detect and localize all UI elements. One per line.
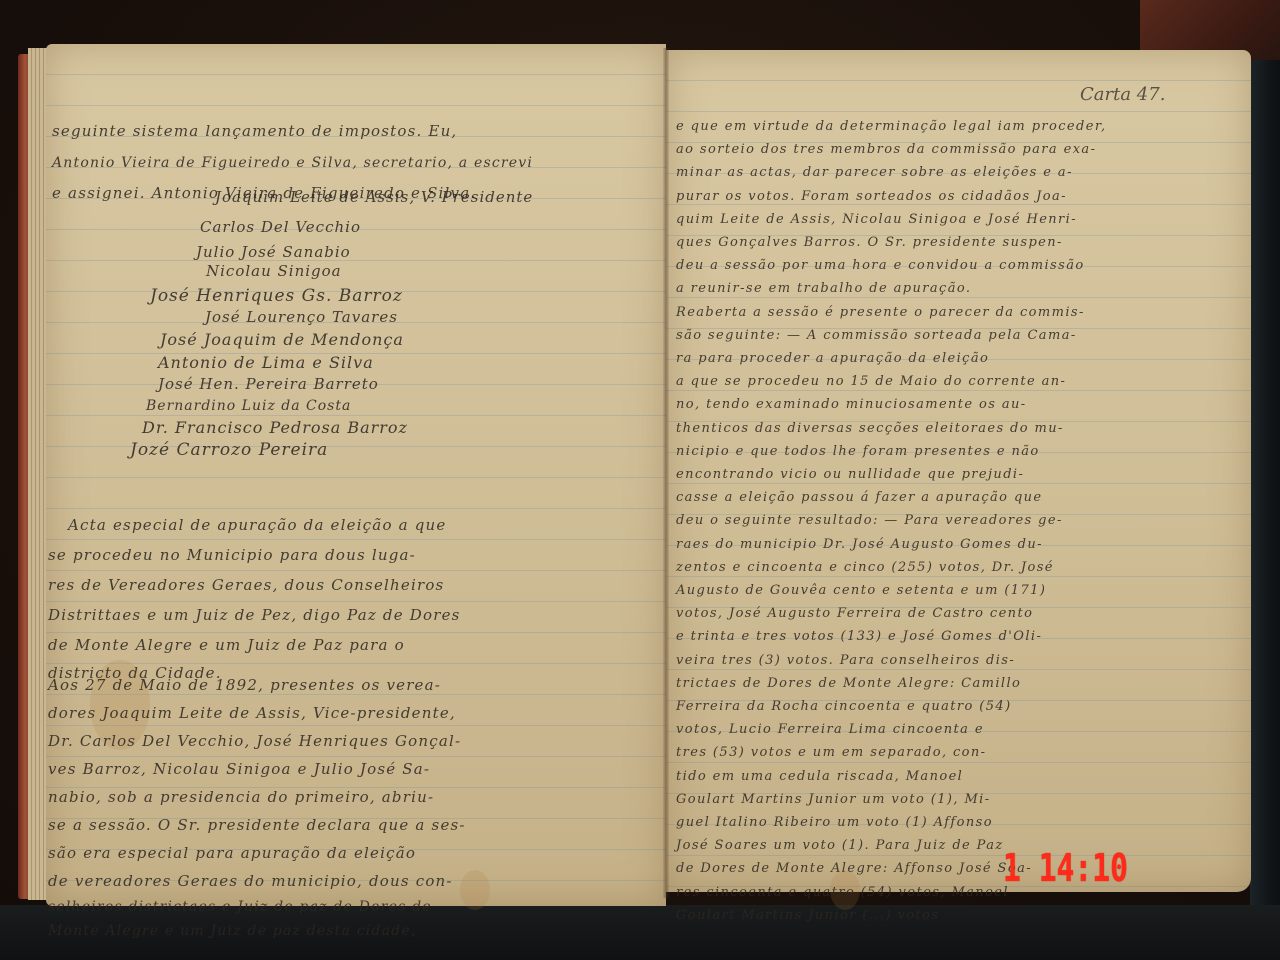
right-page-line: Goulart Martins Junior (...) votos — [676, 901, 939, 931]
signature: José Joaquim de Mendonça — [160, 330, 404, 349]
acta-heading-line: se procedeu no Municipio para dous luga- — [48, 540, 416, 570]
page-number: Carta 47. — [1080, 84, 1165, 105]
acta-heading-line: res de Vereadores Geraes, dous Conselhei… — [48, 570, 444, 600]
signature: Julio José Sanabio — [196, 243, 351, 261]
signature: José Henriques Gs. Barroz — [150, 286, 403, 306]
signature: Antonio de Lima e Silva — [158, 353, 374, 372]
display-case-frame — [1250, 60, 1280, 960]
acta-heading-line: de Monte Alegre e um Juiz de Paz para o — [48, 630, 405, 660]
acta-body-line: Monte Alegre e um Juiz de paz desta cida… — [48, 916, 416, 946]
paper-stain — [460, 870, 490, 910]
book-spine — [663, 48, 669, 898]
acta-body-line: Aos 27 de Maio de 1892, presentes os ver… — [48, 670, 441, 700]
signature: Nicolau Sinigoa — [206, 262, 342, 280]
left-top-line: seguinte sistema lançamento de impostos.… — [52, 116, 457, 146]
acta-body-line: se a sessão. O Sr. presidente declara qu… — [48, 810, 466, 840]
signature: Jozé Carrozo Pereira — [130, 440, 328, 460]
signature: Carlos Del Vecchio — [200, 218, 361, 236]
signature: Dr. Francisco Pedrosa Barroz — [142, 418, 408, 437]
acta-body-line: são era especial para apuração da eleiçã… — [48, 838, 416, 868]
acta-body-line: nabio, sob a presidencia do primeiro, ab… — [48, 782, 434, 812]
camera-timestamp-overlay: 1 14:10 — [1003, 846, 1128, 890]
acta-body-line: Dr. Carlos Del Vecchio, José Henriques G… — [48, 726, 461, 756]
acta-body-line: dores Joaquim Leite de Assis, Vice-presi… — [48, 698, 456, 728]
signature: Bernardino Luiz da Costa — [146, 398, 351, 414]
acta-heading-line: Distrittaes e um Juiz de Pez, digo Paz d… — [48, 600, 461, 630]
signature: José Hen. Pereira Barreto — [158, 375, 379, 393]
acta-heading-line: Acta especial de apuração da eleição a q… — [68, 510, 447, 540]
left-top-line: Antonio Vieira de Figueiredo e Silva, se… — [52, 148, 533, 178]
acta-body-line: ves Barroz, Nicolau Sinigoa e Julio José… — [48, 754, 430, 784]
signature: Joaquim Leite de Assis, V. Presidente — [215, 188, 533, 206]
signature: José Lourenço Tavares — [205, 308, 398, 326]
